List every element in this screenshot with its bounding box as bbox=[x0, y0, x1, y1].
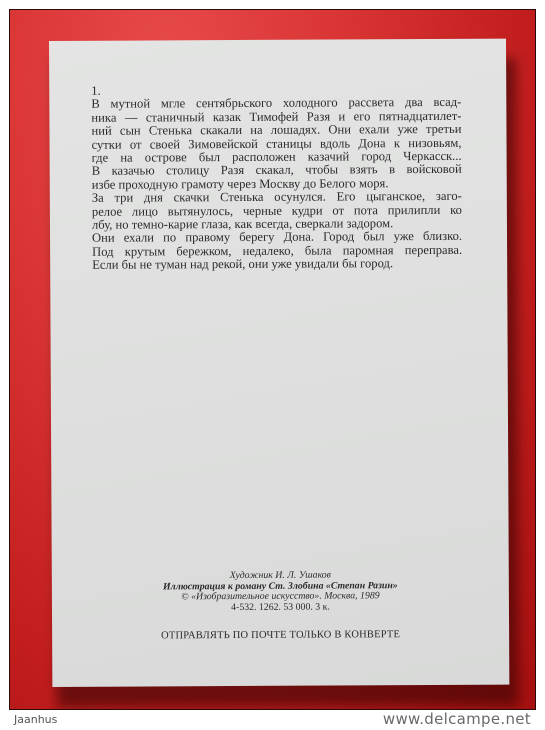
postcard-back: 1. В мутной мгле сентябрьского холодного… bbox=[49, 39, 509, 687]
site-watermark: www.delcampe.net bbox=[383, 710, 531, 728]
catalog-number: 4-532. 1262. 53 000. 3 к. bbox=[52, 601, 509, 614]
mail-notice: ОТПРАВЛЯТЬ ПО ПОЧТЕ ТОЛЬКО В КОНВЕРТЕ bbox=[52, 629, 509, 642]
story-text: 1. В мутной мгле сентябрьского холодного… bbox=[91, 83, 462, 273]
credits: Художник И. Л. Ушаков Иллюстрация к рома… bbox=[52, 570, 509, 615]
postcard-photo: 1. В мутной мгле сентябрьского холодного… bbox=[9, 9, 536, 710]
story-line: Если бы не туман над рекой, они уже увид… bbox=[92, 257, 462, 272]
seller-watermark: Jaanhus bbox=[14, 713, 57, 726]
